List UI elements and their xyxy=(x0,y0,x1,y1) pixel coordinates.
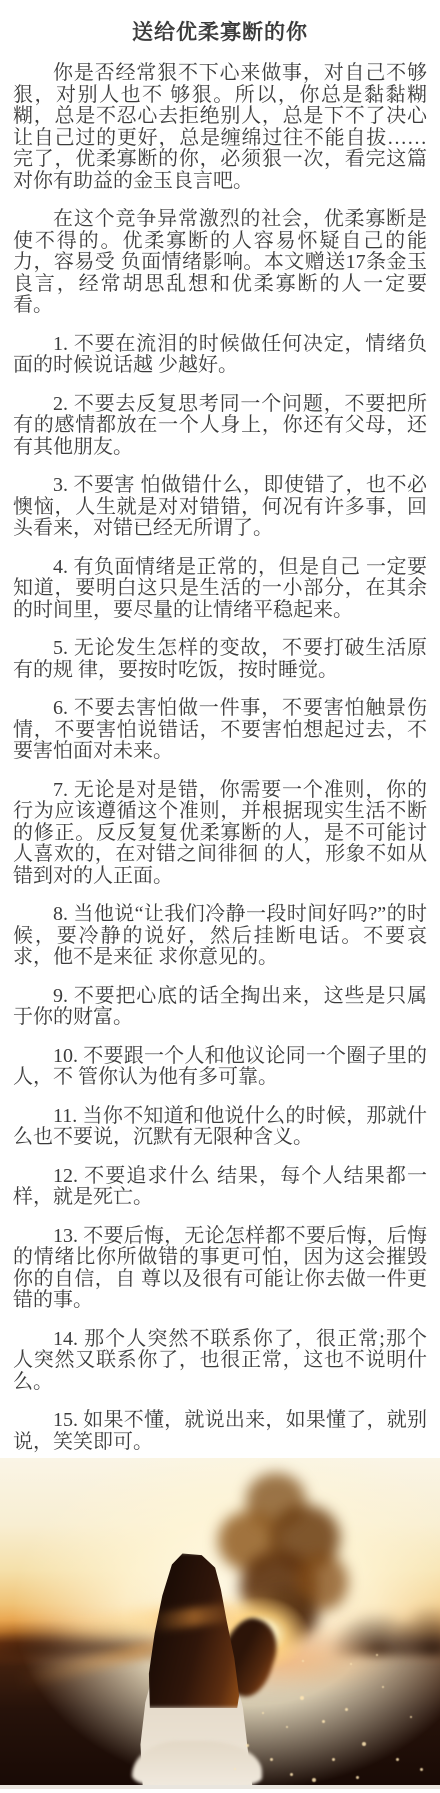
intro-paragraph-2: 在这个竞争异常激烈的社会，优柔寡断是使不得的。优柔寡断的人容易怀疑自己的能力，容… xyxy=(13,209,427,317)
sparkle-dot xyxy=(396,1758,399,1761)
sparkle-dot xyxy=(362,1742,366,1746)
paragraph-list: 你是否经常狠不下心来做事，对自己不够狠，对别人也不 够狠。所以，你总是黏黏糊糊，… xyxy=(13,63,427,1458)
tip-2: 2. 不要去反复思考同一个问题，不要把所有的感情都放在一个人身上，你还有父母，还… xyxy=(13,394,427,459)
intro-paragraph-1: 你是否经常狠不下心来做事，对自己不够狠，对别人也不 够狠。所以，你总是黏黏糊糊，… xyxy=(13,63,427,192)
tip-14: 14. 那个人突然不联系你了，很正常;那个人突然又联系你了，也很正常，这也不说明… xyxy=(13,1329,427,1394)
sunset-photo xyxy=(0,1458,440,1789)
sparkle-dot xyxy=(300,1696,304,1700)
sparkle-dot xyxy=(234,1768,236,1770)
photo-bottom-edge xyxy=(0,1785,440,1789)
sparkle-dot xyxy=(270,1758,273,1761)
tip-1: 1. 不要在流泪的时候做任何决定，情绪负面的时候说话越 少越好。 xyxy=(13,334,427,377)
sparkle-dot xyxy=(382,1686,384,1688)
page-title: 送给优柔寡断的你 xyxy=(13,20,427,44)
tip-6: 6. 不要去害怕做一件事，不要害怕触景伤情，不要害怕说错话，不要害怕想起过去，不… xyxy=(13,698,427,763)
tip-12: 12. 不要追求什么 结果，每个人结果都一样，就是死亡。 xyxy=(13,1166,427,1209)
tip-7: 7. 无论是对是错，你需要一个准则，你的行为应该遵循这个准则，并根据现实生活不断… xyxy=(13,780,427,888)
sparkle-dot xyxy=(290,1773,293,1776)
sparkle-dot xyxy=(312,1778,316,1782)
tip-3: 3. 不要害 怕做错什么，即使错了，也不必懊恼，人生就是对对错错，何况有许多事，… xyxy=(13,475,427,540)
sparkle-dot xyxy=(322,1720,325,1723)
sparkle-dot xyxy=(356,1776,359,1779)
tip-9: 9. 不要把心底的话全掏出来，这些是只属于你的财富。 xyxy=(13,986,427,1029)
tip-8: 8. 当他说“让我们冷静一段时间好吗?”的时候，要冷静的说好，然后挂断电话。不要… xyxy=(13,904,427,969)
sparkle-dot xyxy=(420,1768,423,1771)
tip-5: 5. 无论发生怎样的变故，不要打破生活原有的规 律，要按时吃饭，按时睡觉。 xyxy=(13,638,427,681)
tip-13: 13. 不要后悔，无论怎样都不要后悔，后悔的情绪比你所做错的事更可怕，因为这会摧… xyxy=(13,1226,427,1312)
sparkle-dot xyxy=(345,1708,348,1711)
sparkle-dot xyxy=(350,1663,352,1665)
sparkle-dot xyxy=(410,1716,412,1718)
article: 送给优柔寡断的你 你是否经常狠不下心来做事，对自己不够狠，对别人也不 够狠。所以… xyxy=(0,0,440,1458)
sparkle-dot xyxy=(302,1660,304,1662)
tip-15: 15. 如果不懂，就说出来，如果懂了，就别说，笑笑即可。 xyxy=(13,1410,427,1453)
photo-sparkles xyxy=(0,1458,440,1789)
sparkle-dot xyxy=(376,1654,378,1656)
tip-11: 11. 当你不知道和他说什么的时候，那就什么也不要说，沉默有无限种含义。 xyxy=(13,1106,427,1149)
sparkle-dot xyxy=(262,1712,264,1714)
tip-10: 10. 不要跟一个人和他议论同一个圈子里的人，不 管你认为他有多可靠。 xyxy=(13,1046,427,1089)
sparkle-dot xyxy=(332,1758,335,1761)
sparkle-dot xyxy=(246,1744,249,1747)
sparkle-dot xyxy=(286,1726,288,1728)
tip-4: 4. 有负面情绪是正常的，但是自己 一定要知道，要明白这只是生活的一小部分，在其… xyxy=(13,557,427,622)
